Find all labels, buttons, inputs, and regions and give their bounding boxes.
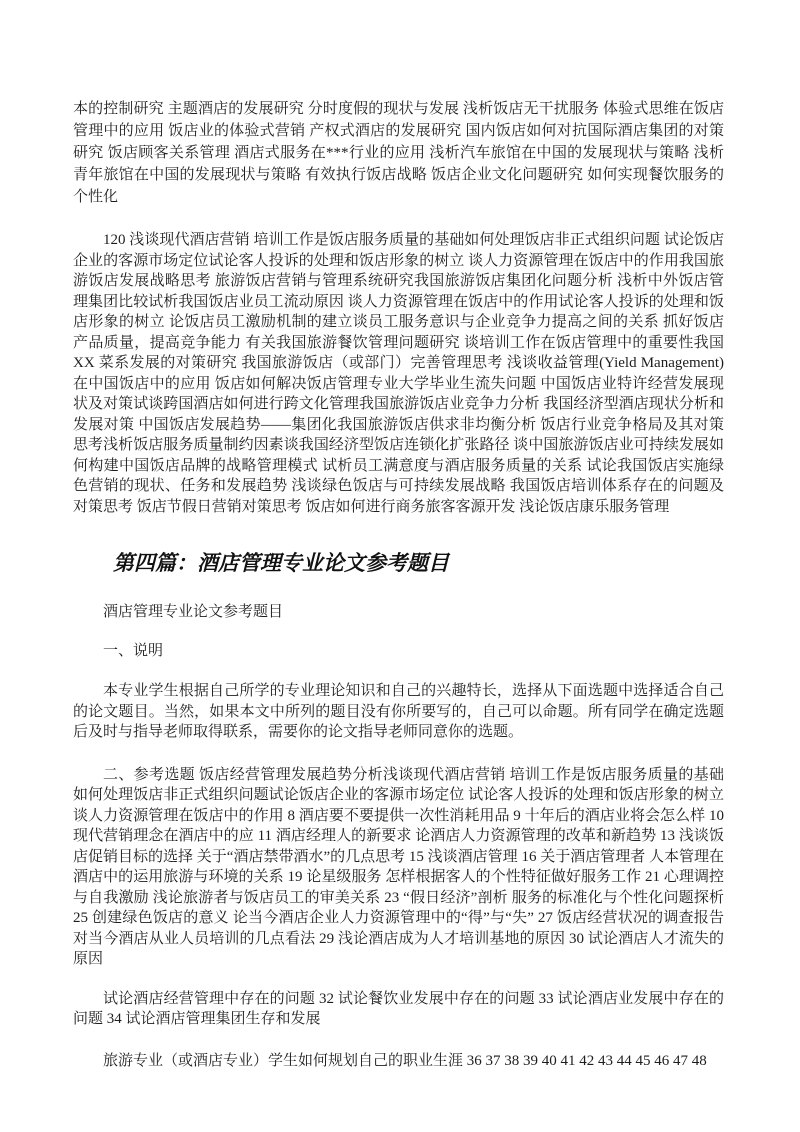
document-subtitle: 酒店管理专业论文参考题目 bbox=[73, 601, 724, 623]
section-heading-part-four: 第四篇：酒店管理专业论文参考题目 bbox=[113, 548, 724, 578]
paragraph-topics-continuation: 本的控制研究 主题酒店的发展研究 分时度假的现状与发展 浅析饭店无干扰服务 体验… bbox=[73, 98, 724, 208]
paragraph-reference-topics: 二、参考选题 饭店经营管理发展趋势分析浅谈现代酒店营销 培训工作是饭店服务质量的… bbox=[73, 765, 724, 970]
paragraph-instructions: 本专业学生根据自己所学的专业理论知识和自己的兴趣特长，选择从下面选题中选择适合自… bbox=[73, 681, 724, 743]
paragraph-topics-list-120: 120 浅谈现代酒店营销 培训工作是饭店服务质量的基础如何处理饭店非正式组织问题… bbox=[73, 230, 724, 517]
paragraph-career-planning: 旅游专业（或酒店专业）学生如何规划自己的职业生涯 36 37 38 39 40 … bbox=[73, 1051, 724, 1072]
section-label-explanation: 一、说明 bbox=[73, 640, 724, 662]
document-page: 本的控制研究 主题酒店的发展研究 分时度假的现状与发展 浅析饭店无干扰服务 体验… bbox=[0, 0, 800, 1132]
paragraph-problem-topics: 试论酒店经营管理中存在的问题 32 试论餐饮业发展中存在的问题 33 试论酒店业… bbox=[73, 989, 724, 1030]
